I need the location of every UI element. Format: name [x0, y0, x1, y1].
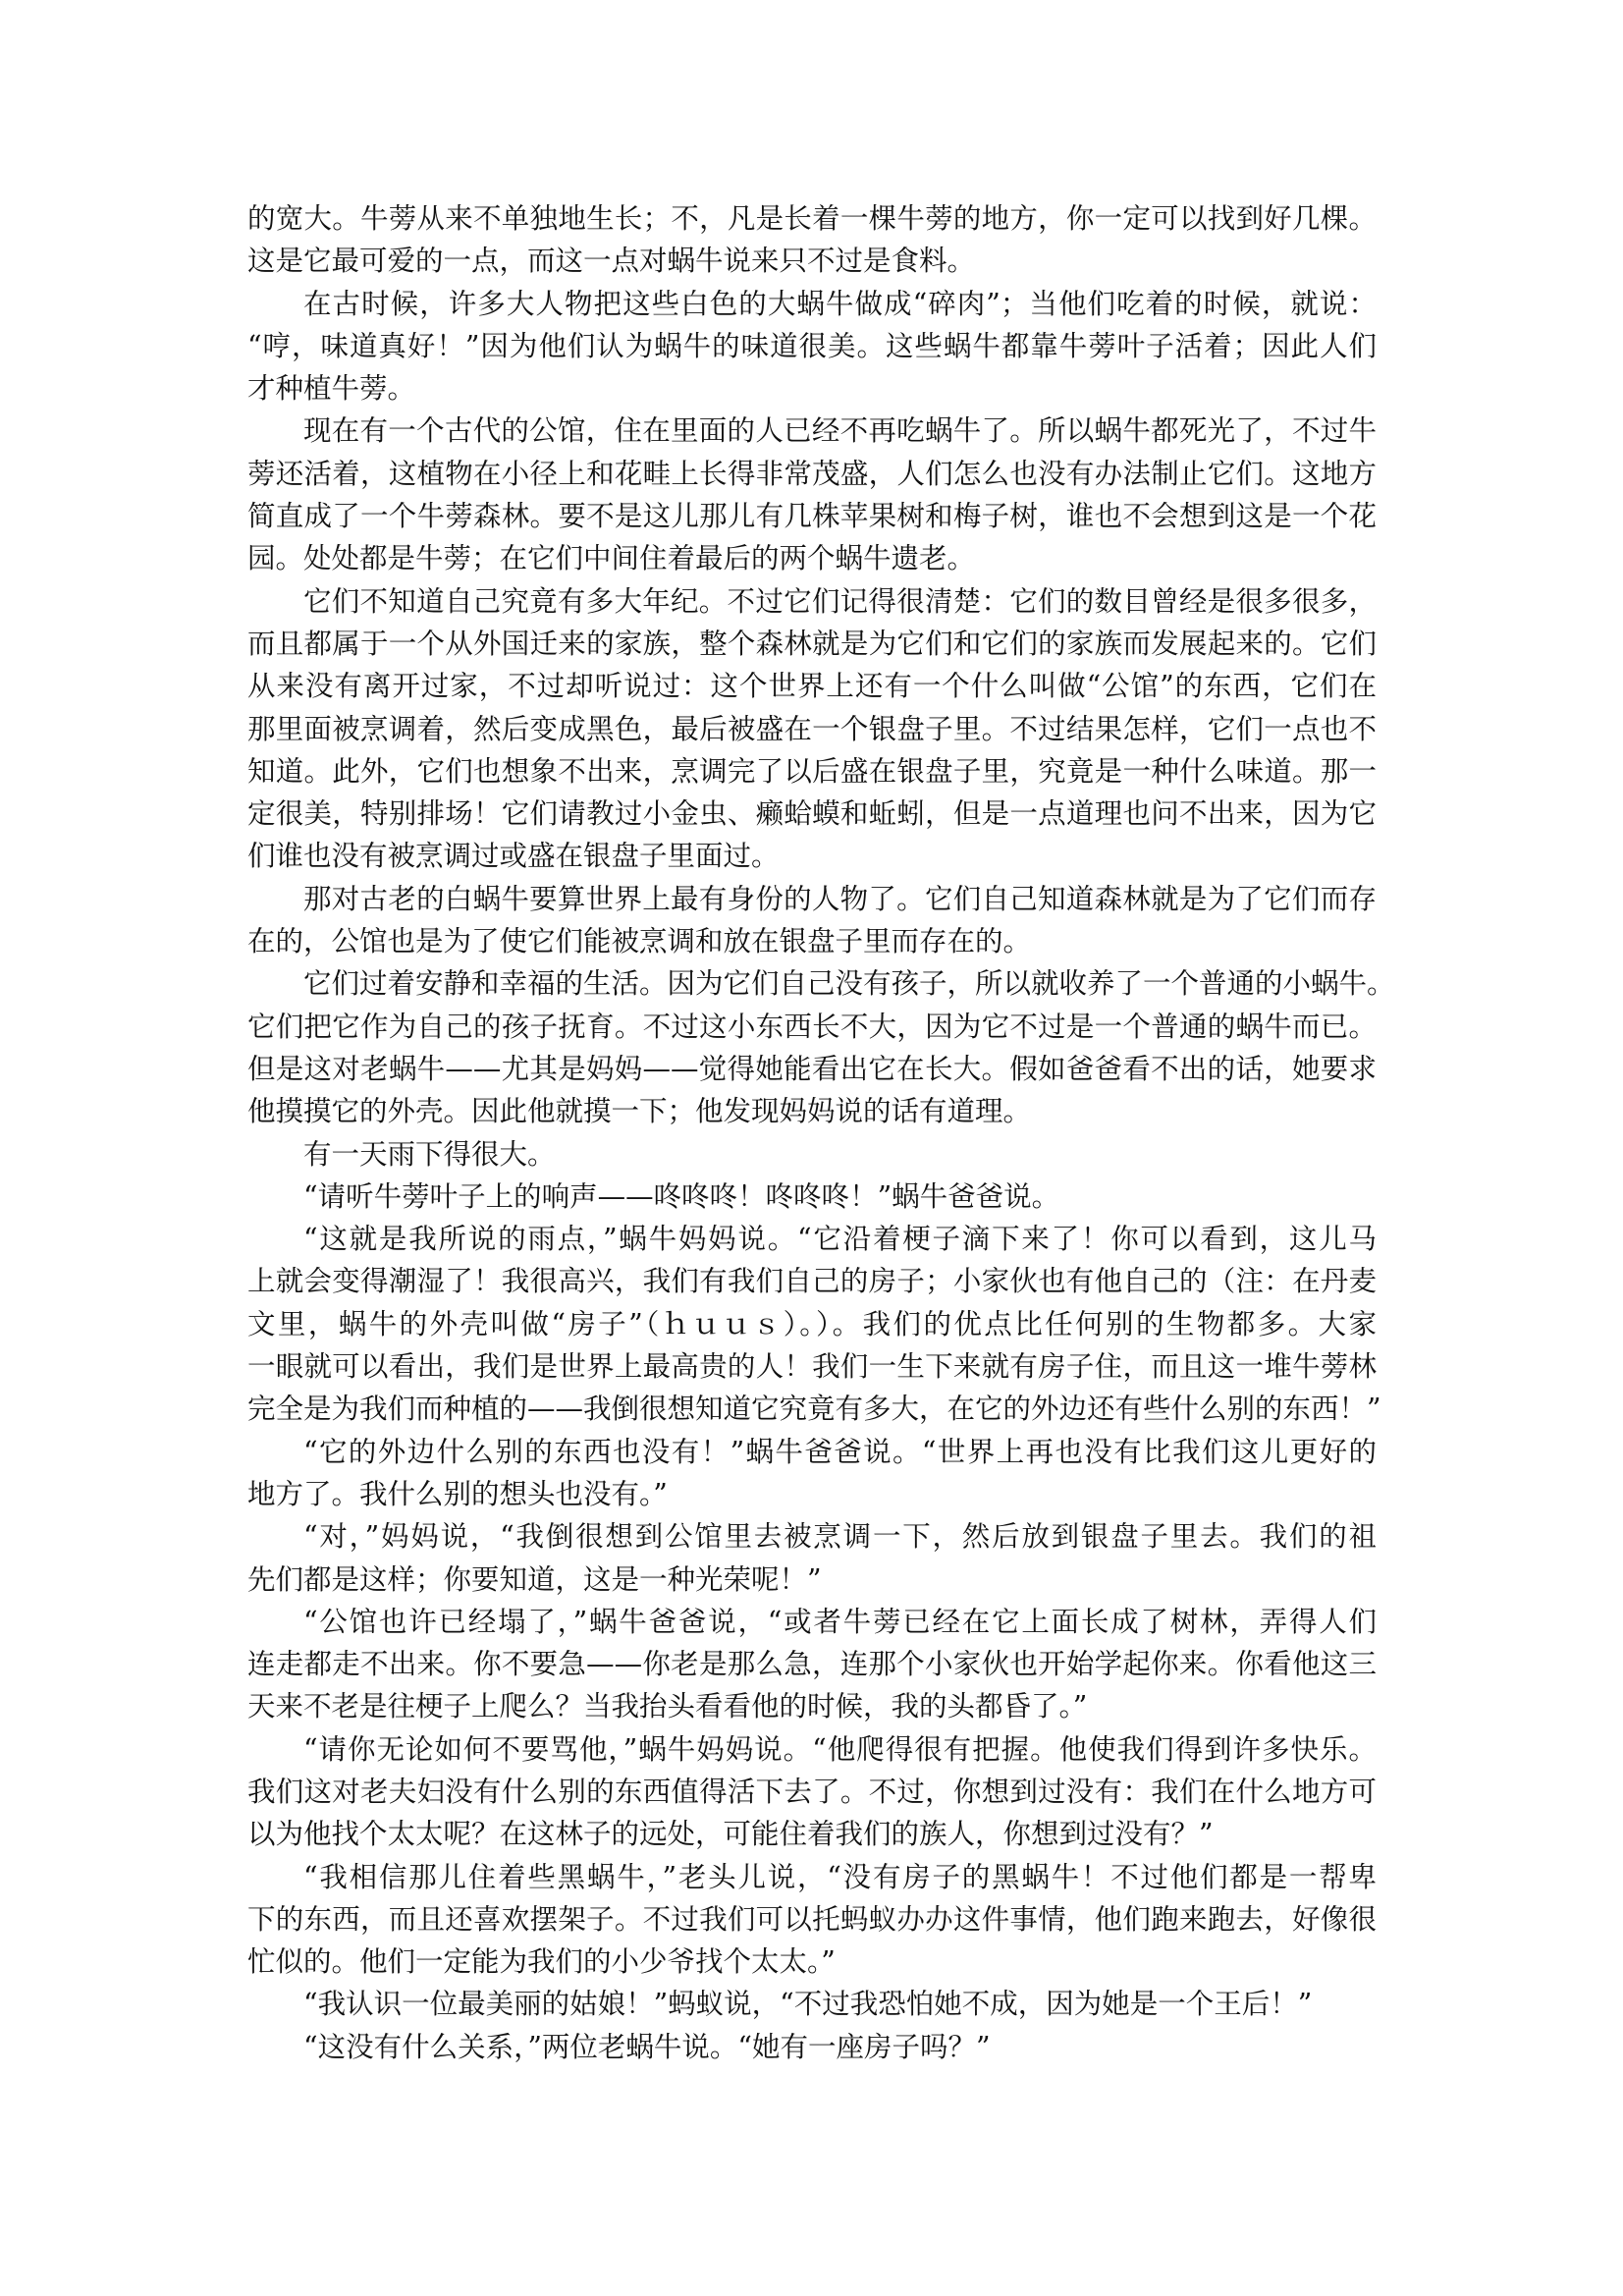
text-line: 的宽大。牛蒡从来不单独地生长；不，凡是长着一棵牛蒡的地方，你一定可以找到好几棵。	[247, 197, 1377, 240]
text-line: 他摸摸它的外壳。因此他就摸一下；他发现妈妈说的话有道理。	[247, 1090, 1377, 1132]
text-line: 那里面被烹调着，然后变成黑色，最后被盛在一个银盘子里。不过结果怎样，它们一点也不	[247, 708, 1377, 750]
text-line: 在的，公馆也是为了使它们能被烹调和放在银盘子里而存在的。	[247, 920, 1377, 962]
text-line: 蒡还活着，这植物在小径上和花畦上长得非常茂盛，人们怎么也没有办法制止它们。这地方	[247, 453, 1377, 495]
text-line: 有一天雨下得很大。	[247, 1133, 1377, 1175]
text-line: “请你无论如何不要骂他，”蜗牛妈妈说。“他爬得很有把握。他使我们得到许多快乐。	[247, 1728, 1377, 1771]
text-line: “我相信那儿住着些黑蜗牛，”老头儿说，“没有房子的黑蜗牛！不过他们都是一帮卑	[247, 1856, 1377, 1898]
text-line: 它们不知道自己究竟有多大年纪。不过它们记得很清楚：它们的数目曾经是很多很多，	[247, 580, 1377, 623]
text-line: “我认识一位最美丽的姑娘！”蚂蚁说，“不过我恐怕她不成，因为她是一个王后！”	[247, 1983, 1377, 2025]
text-line: 它们把它作为自己的孩子抚育。不过这小东西长不大，因为它不过是一个普通的蜗牛而已。	[247, 1006, 1377, 1048]
text-line: 上就会变得潮湿了！我很高兴，我们有我们自己的房子；小家伙也有他自己的（注：在丹麦	[247, 1260, 1377, 1302]
text-line: 园。处处都是牛蒡；在它们中间住着最后的两个蜗牛遗老。	[247, 537, 1377, 579]
text-line: “这没有什么关系，”两位老蜗牛说。“她有一座房子吗？”	[247, 2026, 1377, 2068]
text-line: 但是这对老蜗牛——尤其是妈妈——觉得她能看出它在长大。假如爸爸看不出的话，她要求	[247, 1048, 1377, 1090]
text-line: 这是它最可爱的一点，而这一点对蜗牛说来只不过是食料。	[247, 240, 1377, 282]
text-line: 以为他找个太太呢？在这林子的远处，可能住着我们的族人，你想到过没有？”	[247, 1813, 1377, 1855]
text-line: 们谁也没有被烹调过或盛在银盘子里面过。	[247, 835, 1377, 877]
text-line: 下的东西，而且还喜欢摆架子。不过我们可以托蚂蚁办办这件事情，他们跑来跑去，好像很	[247, 1898, 1377, 1941]
document-page: 的宽大。牛蒡从来不单独地生长；不，凡是长着一棵牛蒡的地方，你一定可以找到好几棵。…	[247, 197, 1377, 2068]
text-line: 一眼就可以看出，我们是世界上最高贵的人！我们一生下来就有房子住，而且这一堆牛蒡林	[247, 1345, 1377, 1388]
text-line: 完全是为我们而种植的——我倒很想知道它究竟有多大，在它的外边还有些什么别的东西！…	[247, 1388, 1377, 1430]
text-line: “公馆也许已经塌了，”蜗牛爸爸说，“或者牛蒡已经在它上面长成了树林，弄得人们	[247, 1601, 1377, 1643]
text-line: “这就是我所说的雨点，”蜗牛妈妈说。“它沿着梗子滴下来了！你可以看到，这儿马	[247, 1218, 1377, 1260]
text-line: “对，”妈妈说，“我倒很想到公馆里去被烹调一下，然后放到银盘子里去。我们的祖	[247, 1515, 1377, 1558]
text-line: 连走都走不出来。你不要急——你老是那么急，连那个小家伙也开始学起你来。你看他这三	[247, 1643, 1377, 1685]
text-line: 地方了。我什么别的想头也没有。”	[247, 1473, 1377, 1515]
text-line: 定很美，特别排场！它们请教过小金虫、癞蛤蟆和蚯蚓，但是一点道理也问不出来，因为它	[247, 793, 1377, 835]
text-line: 文里，蜗牛的外壳叫做“房子”（ｈｕｕｓ）。）。我们的优点比任何别的生物都多。大家	[247, 1303, 1377, 1345]
text-line: 它们过着安静和幸福的生活。因为它们自己没有孩子，所以就收养了一个普通的小蜗牛。	[247, 962, 1377, 1005]
text-line: 在古时候，许多大人物把这些白色的大蜗牛做成“碎肉”；当他们吃着的时候，就说：	[247, 283, 1377, 325]
text-line: 我们这对老夫妇没有什么别的东西值得活下去了。不过，你想到过没有：我们在什么地方可	[247, 1771, 1377, 1813]
text-line: 而且都属于一个从外国迁来的家族，整个森林就是为它们和它们的家族而发展起来的。它们	[247, 623, 1377, 665]
text-line: “它的外边什么别的东西也没有！”蜗牛爸爸说。“世界上再也没有比我们这儿更好的	[247, 1431, 1377, 1473]
text-line: 先们都是这样；你要知道，这是一种光荣呢！”	[247, 1558, 1377, 1601]
text-line: 才种植牛蒡。	[247, 367, 1377, 410]
text-line: 简直成了一个牛蒡森林。要不是这儿那儿有几株苹果树和梅子树，谁也不会想到这是一个花	[247, 495, 1377, 537]
text-line: “请听牛蒡叶子上的响声——咚咚咚！咚咚咚！”蜗牛爸爸说。	[247, 1175, 1377, 1218]
text-line: 从来没有离开过家，不过却听说过：这个世界上还有一个什么叫做“公馆”的东西，它们在	[247, 665, 1377, 707]
text-line: 那对古老的白蜗牛要算世界上最有身份的人物了。它们自己知道森林就是为了它们而存	[247, 878, 1377, 920]
text-line: 忙似的。他们一定能为我们的小少爷找个太太。”	[247, 1941, 1377, 1983]
text-line: 天来不老是往梗子上爬么？当我抬头看看他的时候，我的头都昏了。”	[247, 1685, 1377, 1727]
text-line: 现在有一个古代的公馆，住在里面的人已经不再吃蜗牛了。所以蜗牛都死光了，不过牛	[247, 410, 1377, 452]
text-line: 知道。此外，它们也想象不出来，烹调完了以后盛在银盘子里，究竟是一种什么味道。那一	[247, 750, 1377, 793]
text-line: “哼，味道真好！”因为他们认为蜗牛的味道很美。这些蜗牛都靠牛蒡叶子活着；因此人们	[247, 325, 1377, 367]
